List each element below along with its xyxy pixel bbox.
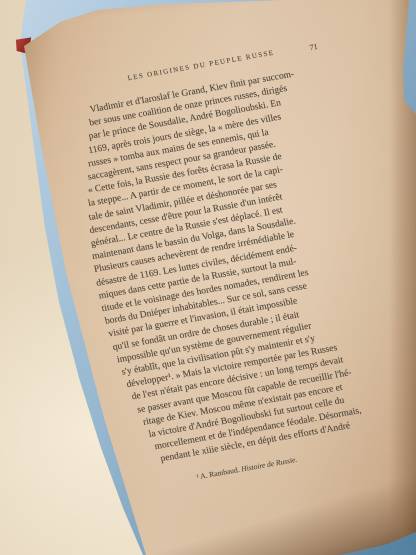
- book-photo: LES ORIGINES DU PEUPLE RUSSE 71 Vladimir…: [0, 0, 416, 555]
- page-number: 71: [309, 42, 319, 52]
